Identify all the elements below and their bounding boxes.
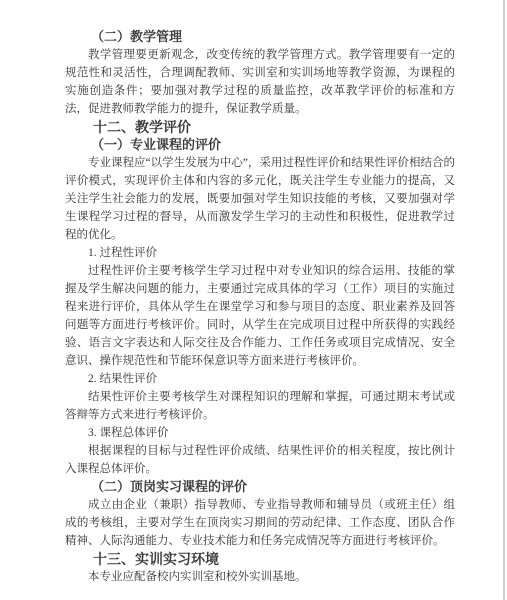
chapter-heading-training-environment: 十三、实训实习环境	[65, 550, 455, 568]
paragraph-teaching-management: 教学管理要更新观念，改变传统的教学管理方式。教学管理要有一定的规范性和灵活性，合…	[65, 46, 455, 118]
paragraph-result-evaluation: 结果性评价主要考核学生对课程知识的理解和掌握，可通过期末考试或答辩等方式来进行考…	[65, 388, 455, 424]
page-edge-line	[503, 0, 505, 600]
section-heading-teaching-management: （二）教学管理	[65, 28, 455, 46]
paragraph-process-evaluation: 过程性评价主要考核学生学习过程中对专业知识的综合运用、技能的掌握及学生解决问题的…	[65, 262, 455, 370]
subheading-process-evaluation: 1. 过程性评价	[65, 244, 455, 262]
document-page: （二）教学管理 教学管理要更新观念，改变传统的教学管理方式。教学管理要有一定的规…	[0, 0, 507, 600]
subheading-result-evaluation: 2. 结果性评价	[65, 370, 455, 388]
paragraph-internship-evaluation: 成立由企业（兼职）指导教师、专业指导教师和辅导员（或班主任）组成的考核组，主要对…	[65, 496, 455, 550]
chapter-heading-teaching-evaluation: 十二、教学评价	[65, 118, 455, 136]
paragraph-overall-evaluation: 根据课程的目标与过程性评价成绩、结果性评价的相关程度，按比例计入课程总体评价。	[65, 442, 455, 478]
section-heading-internship-evaluation: （二）顶岗实习课程的评价	[65, 478, 455, 496]
section-heading-course-evaluation: （一）专业课程的评价	[65, 136, 455, 154]
subheading-overall-evaluation: 3. 课程总体评价	[65, 424, 455, 442]
paragraph-course-evaluation-intro: 专业课程应“以学生发展为中心”，采用过程性评价和结果性评价相结合的评价模式，实现…	[65, 154, 455, 244]
document-body: （二）教学管理 教学管理要更新观念，改变传统的教学管理方式。教学管理要有一定的规…	[65, 28, 455, 586]
paragraph-training-environment: 本专业应配备校内实训室和校外实训基地。	[65, 568, 455, 586]
